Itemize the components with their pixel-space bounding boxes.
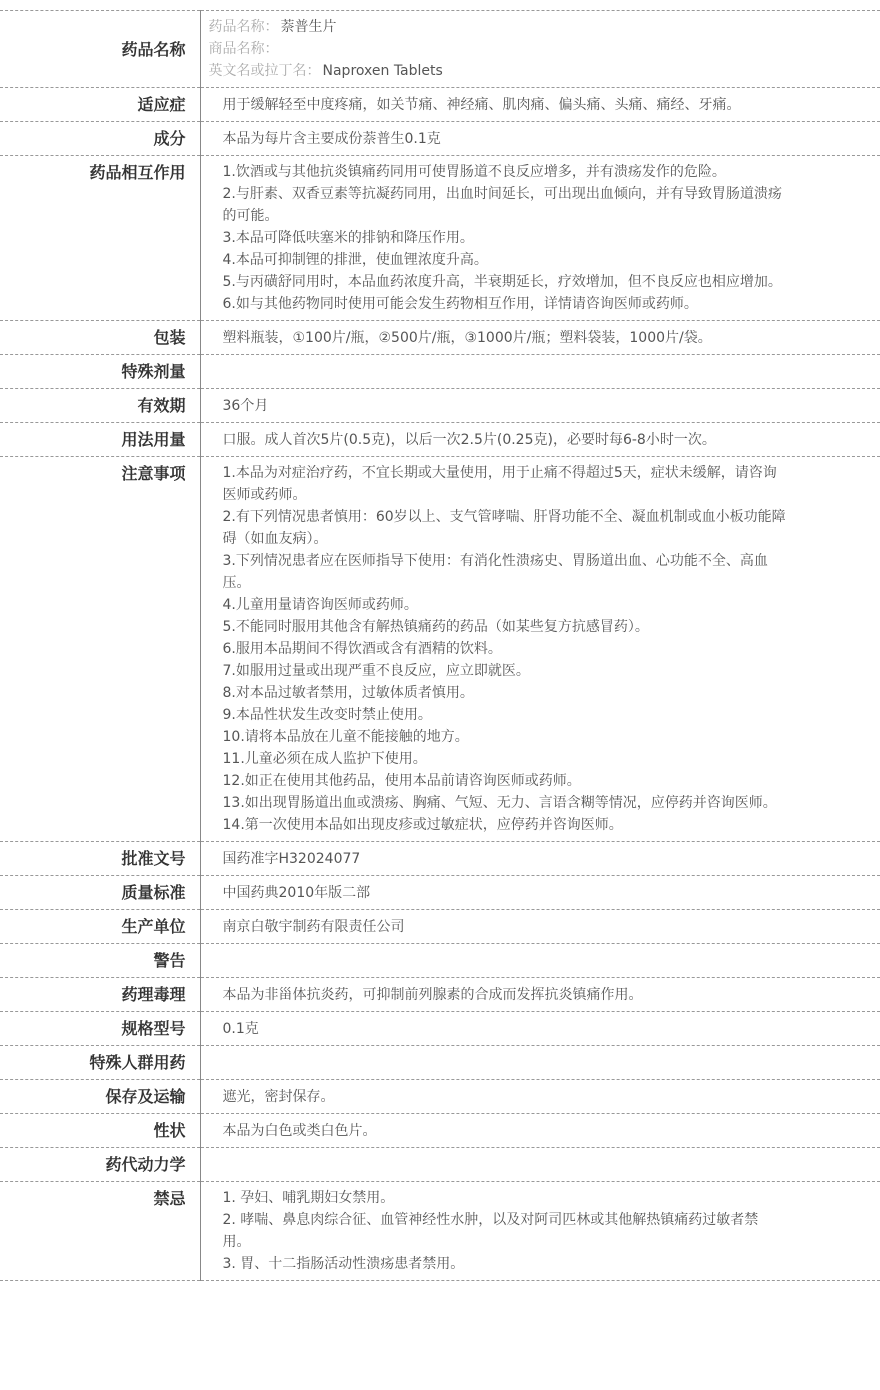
- subfield-value: 萘普生片: [281, 19, 337, 35]
- content-line: 用于缓解轻至中度疼痛，如关节痛、神经痛、肌肉痛、偏头痛、头痛、痛经、牙痛。: [223, 94, 787, 116]
- row-label: 药品相互作用: [0, 156, 200, 321]
- content-line: 4.儿童用量请咨询医师或药师。: [223, 594, 787, 616]
- subfield-key: 药品名称：: [209, 19, 279, 35]
- content-line: 本品为非甾体抗炎药，可抑制前列腺素的合成而发挥抗炎镇痛作用。: [223, 984, 787, 1006]
- content-line: 国药准字H32024077: [223, 848, 787, 870]
- row-content: [200, 1046, 880, 1080]
- subfield-line: 药品名称：萘普生片: [209, 16, 787, 38]
- row-content: 用于缓解轻至中度疼痛，如关节痛、神经痛、肌肉痛、偏头痛、头痛、痛经、牙痛。: [200, 88, 880, 122]
- row-content: 1. 孕妇、哺乳期妇女禁用。2. 哮喘、鼻息肉综合征、血管神经性水肿，以及对阿司…: [200, 1182, 880, 1281]
- row-label: 成分: [0, 122, 200, 156]
- subfield-key: 英文名或拉丁名：: [209, 63, 321, 79]
- content-line: 1. 孕妇、哺乳期妇女禁用。: [223, 1187, 787, 1209]
- content-line: 南京白敬宇制药有限责任公司: [223, 916, 787, 938]
- table-row-quality-standard: 质量标准 中国药典2010年版二部: [0, 876, 880, 910]
- content-line: 1.饮酒或与其他抗炎镇痛药同用可使胃肠道不良反应增多，并有溃疡发作的危险。: [223, 161, 787, 183]
- row-label: 药代动力学: [0, 1148, 200, 1182]
- content-line: 36个月: [223, 395, 787, 417]
- row-content: [200, 944, 880, 978]
- drug-info-table: 药品名称 药品名称：萘普生片商品名称：英文名或拉丁名：Naproxen Tabl…: [0, 10, 880, 1281]
- row-content: [200, 1148, 880, 1182]
- table-row-ingredients: 成分 本品为每片含主要成份萘普生0.1克: [0, 122, 880, 156]
- table-row-warning: 警告: [0, 944, 880, 978]
- row-content: 药品名称：萘普生片商品名称：英文名或拉丁名：Naproxen Tablets: [200, 11, 880, 88]
- content-line: 8.对本品过敏者禁用，过敏体质者慎用。: [223, 682, 787, 704]
- row-label: 包装: [0, 321, 200, 355]
- table-row-pharmacokinetics: 药代动力学: [0, 1148, 880, 1182]
- content-line: 口服。成人首次5片(0.5克)，以后一次2.5片(0.25克)，必要时每6-8小…: [223, 429, 787, 451]
- content-line: 14.第一次使用本品如出现皮疹或过敏症状，应停药并咨询医师。: [223, 814, 787, 836]
- subfield-line: 英文名或拉丁名：Naproxen Tablets: [209, 60, 787, 82]
- table-row-indications: 适应症 用于缓解轻至中度疼痛，如关节痛、神经痛、肌肉痛、偏头痛、头痛、痛经、牙痛…: [0, 88, 880, 122]
- subfield-line: 商品名称：: [209, 38, 787, 60]
- row-label: 适应症: [0, 88, 200, 122]
- row-label: 规格型号: [0, 1012, 200, 1046]
- row-content: 36个月: [200, 389, 880, 423]
- row-label: 批准文号: [0, 842, 200, 876]
- content-line: 本品为白色或类白色片。: [223, 1120, 787, 1142]
- row-content: 南京白敬宇制药有限责任公司: [200, 910, 880, 944]
- row-content: [200, 355, 880, 389]
- row-content: 本品为非甾体抗炎药，可抑制前列腺素的合成而发挥抗炎镇痛作用。: [200, 978, 880, 1012]
- row-content: 中国药典2010年版二部: [200, 876, 880, 910]
- content-line: 2.有下列情况患者慎用：60岁以上、支气管哮喘、肝肾功能不全、凝血机制或血小板功…: [223, 506, 787, 550]
- table-row-description: 性状 本品为白色或类白色片。: [0, 1114, 880, 1148]
- content-line: 塑料瓶装，①100片/瓶，②500片/瓶，③1000片/瓶；塑料袋装，1000片…: [223, 327, 787, 349]
- row-content: 0.1克: [200, 1012, 880, 1046]
- content-line: 4.本品可抑制锂的排泄，使血锂浓度升高。: [223, 249, 787, 271]
- content-line: 7.如服用过量或出现严重不良反应，应立即就医。: [223, 660, 787, 682]
- content-line: 10.请将本品放在儿童不能接触的地方。: [223, 726, 787, 748]
- table-row-storage-transport: 保存及运输 遮光，密封保存。: [0, 1080, 880, 1114]
- row-content: 国药准字H32024077: [200, 842, 880, 876]
- drug-info-page: 药品名称 药品名称：萘普生片商品名称：英文名或拉丁名：Naproxen Tabl…: [0, 0, 880, 1281]
- row-label: 药理毒理: [0, 978, 200, 1012]
- content-line: 6.服用本品期间不得饮酒或含有酒精的饮料。: [223, 638, 787, 660]
- table-row-drug-interactions: 药品相互作用 1.饮酒或与其他抗炎镇痛药同用可使胃肠道不良反应增多，并有溃疡发作…: [0, 156, 880, 321]
- content-line: 12.如正在使用其他药品，使用本品前请咨询医师或药师。: [223, 770, 787, 792]
- row-label: 注意事项: [0, 457, 200, 842]
- row-label: 用法用量: [0, 423, 200, 457]
- row-content: 1.本品为对症治疗药，不宜长期或大量使用，用于止痛不得超过5天，症状未缓解，请咨…: [200, 457, 880, 842]
- content-line: 5.不能同时服用其他含有解热镇痛药的药品（如某些复方抗感冒药）。: [223, 616, 787, 638]
- table-row-drug-name: 药品名称 药品名称：萘普生片商品名称：英文名或拉丁名：Naproxen Tabl…: [0, 11, 880, 88]
- row-label: 有效期: [0, 389, 200, 423]
- table-row-precautions: 注意事项 1.本品为对症治疗药，不宜长期或大量使用，用于止痛不得超过5天，症状未…: [0, 457, 880, 842]
- row-content: 遮光，密封保存。: [200, 1080, 880, 1114]
- row-label: 警告: [0, 944, 200, 978]
- content-line: 遮光，密封保存。: [223, 1086, 787, 1108]
- content-line: 1.本品为对症治疗药，不宜长期或大量使用，用于止痛不得超过5天，症状未缓解，请咨…: [223, 462, 787, 506]
- table-row-contraindications: 禁忌 1. 孕妇、哺乳期妇女禁用。2. 哮喘、鼻息肉综合征、血管神经性水肿，以及…: [0, 1182, 880, 1281]
- table-row-shelf-life: 有效期 36个月: [0, 389, 880, 423]
- content-line: 9.本品性状发生改变时禁止使用。: [223, 704, 787, 726]
- drug-info-table-body: 药品名称 药品名称：萘普生片商品名称：英文名或拉丁名：Naproxen Tabl…: [0, 11, 880, 1281]
- content-line: 3.下列情况患者应在医师指导下使用：有消化性溃疡史、胃肠道出血、心功能不全、高血…: [223, 550, 787, 594]
- row-label: 性状: [0, 1114, 200, 1148]
- content-line: 5.与丙磺舒同用时，本品血药浓度升高，半衰期延长，疗效增加，但不良反应也相应增加…: [223, 271, 787, 293]
- row-label: 质量标准: [0, 876, 200, 910]
- content-line: 2.与肝素、双香豆素等抗凝药同用，出血时间延长，可出现出血倾向，并有导致胃肠道溃…: [223, 183, 787, 227]
- content-line: 11.儿童必须在成人监护下使用。: [223, 748, 787, 770]
- row-label: 特殊剂量: [0, 355, 200, 389]
- row-label: 禁忌: [0, 1182, 200, 1281]
- table-row-specification: 规格型号 0.1克: [0, 1012, 880, 1046]
- table-row-special-populations: 特殊人群用药: [0, 1046, 880, 1080]
- row-content: 口服。成人首次5片(0.5克)，以后一次2.5片(0.25克)，必要时每6-8小…: [200, 423, 880, 457]
- content-line: 3.本品可降低呋塞米的排钠和降压作用。: [223, 227, 787, 249]
- table-row-special-dosage: 特殊剂量: [0, 355, 880, 389]
- content-line: 0.1克: [223, 1018, 787, 1040]
- row-content: 塑料瓶装，①100片/瓶，②500片/瓶，③1000片/瓶；塑料袋装，1000片…: [200, 321, 880, 355]
- row-label: 保存及运输: [0, 1080, 200, 1114]
- row-label: 生产单位: [0, 910, 200, 944]
- content-line: 2. 哮喘、鼻息肉综合征、血管神经性水肿，以及对阿司匹林或其他解热镇痛药过敏者禁…: [223, 1209, 787, 1253]
- content-line: 3. 胃、十二指肠活动性溃疡患者禁用。: [223, 1253, 787, 1275]
- content-line: 13.如出现胃肠道出血或溃疡、胸痛、气短、无力、言语含糊等情况，应停药并咨询医师…: [223, 792, 787, 814]
- subfield-value: Naproxen Tablets: [323, 63, 443, 79]
- content-line: 中国药典2010年版二部: [223, 882, 787, 904]
- row-label: 药品名称: [0, 11, 200, 88]
- table-row-approval-number: 批准文号 国药准字H32024077: [0, 842, 880, 876]
- table-row-dosage-administration: 用法用量 口服。成人首次5片(0.5克)，以后一次2.5片(0.25克)，必要时…: [0, 423, 880, 457]
- row-label: 特殊人群用药: [0, 1046, 200, 1080]
- row-content: 本品为白色或类白色片。: [200, 1114, 880, 1148]
- table-row-packaging: 包装 塑料瓶装，①100片/瓶，②500片/瓶，③1000片/瓶；塑料袋装，10…: [0, 321, 880, 355]
- row-content: 本品为每片含主要成份萘普生0.1克: [200, 122, 880, 156]
- subfield-key: 商品名称：: [209, 41, 279, 57]
- table-row-manufacturer: 生产单位 南京白敬宇制药有限责任公司: [0, 910, 880, 944]
- content-line: 本品为每片含主要成份萘普生0.1克: [223, 128, 787, 150]
- row-content: 1.饮酒或与其他抗炎镇痛药同用可使胃肠道不良反应增多，并有溃疡发作的危险。2.与…: [200, 156, 880, 321]
- content-line: 6.如与其他药物同时使用可能会发生药物相互作用，详情请咨询医师或药师。: [223, 293, 787, 315]
- table-row-pharmacology-toxicology: 药理毒理 本品为非甾体抗炎药，可抑制前列腺素的合成而发挥抗炎镇痛作用。: [0, 978, 880, 1012]
